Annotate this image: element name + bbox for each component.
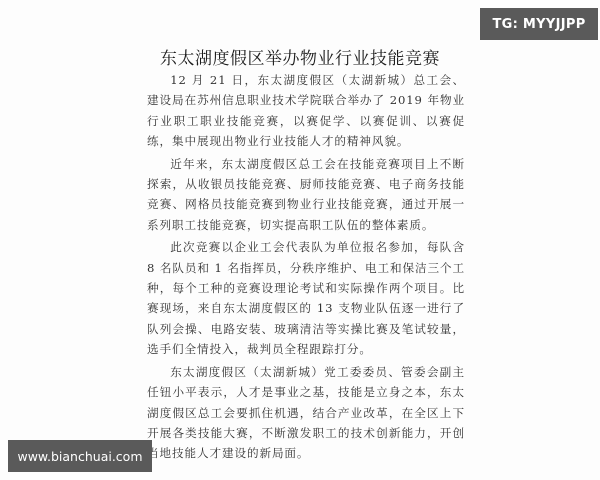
- watermark-badge-telegram: TG: MYYJJPP: [480, 8, 598, 40]
- paragraph: 此次竞赛以企业工会代表队为单位报名参加，每队含 8 名队员和 1 名指挥员，分秩…: [147, 237, 465, 359]
- watermark-text: TG: MYYJJPP: [492, 17, 585, 32]
- paragraph: 近年来，东太湖度假区总工会在技能竞赛项目上不断探索，从收银员技能竞赛、厨师技能竞…: [147, 154, 465, 236]
- document-title: 东太湖度假区举办物业行业技能竞赛: [0, 44, 600, 69]
- document-body: 12 月 21 日，东太湖度假区（太湖新城）总工会、建设局在苏州信息职业技术学院…: [147, 70, 465, 466]
- document-page: 东太湖度假区举办物业行业技能竞赛 12 月 21 日，东太湖度假区（太湖新城）总…: [0, 0, 600, 480]
- watermark-text: www.bianchuai.com: [17, 449, 142, 464]
- watermark-badge-website: www.bianchuai.com: [8, 440, 152, 472]
- paragraph: 12 月 21 日，东太湖度假区（太湖新城）总工会、建设局在苏州信息职业技术学院…: [147, 70, 465, 152]
- paragraph: 东太湖度假区（太湖新城）党工委委员、管委会副主任钮小平表示，人才是事业之基，技能…: [147, 362, 465, 464]
